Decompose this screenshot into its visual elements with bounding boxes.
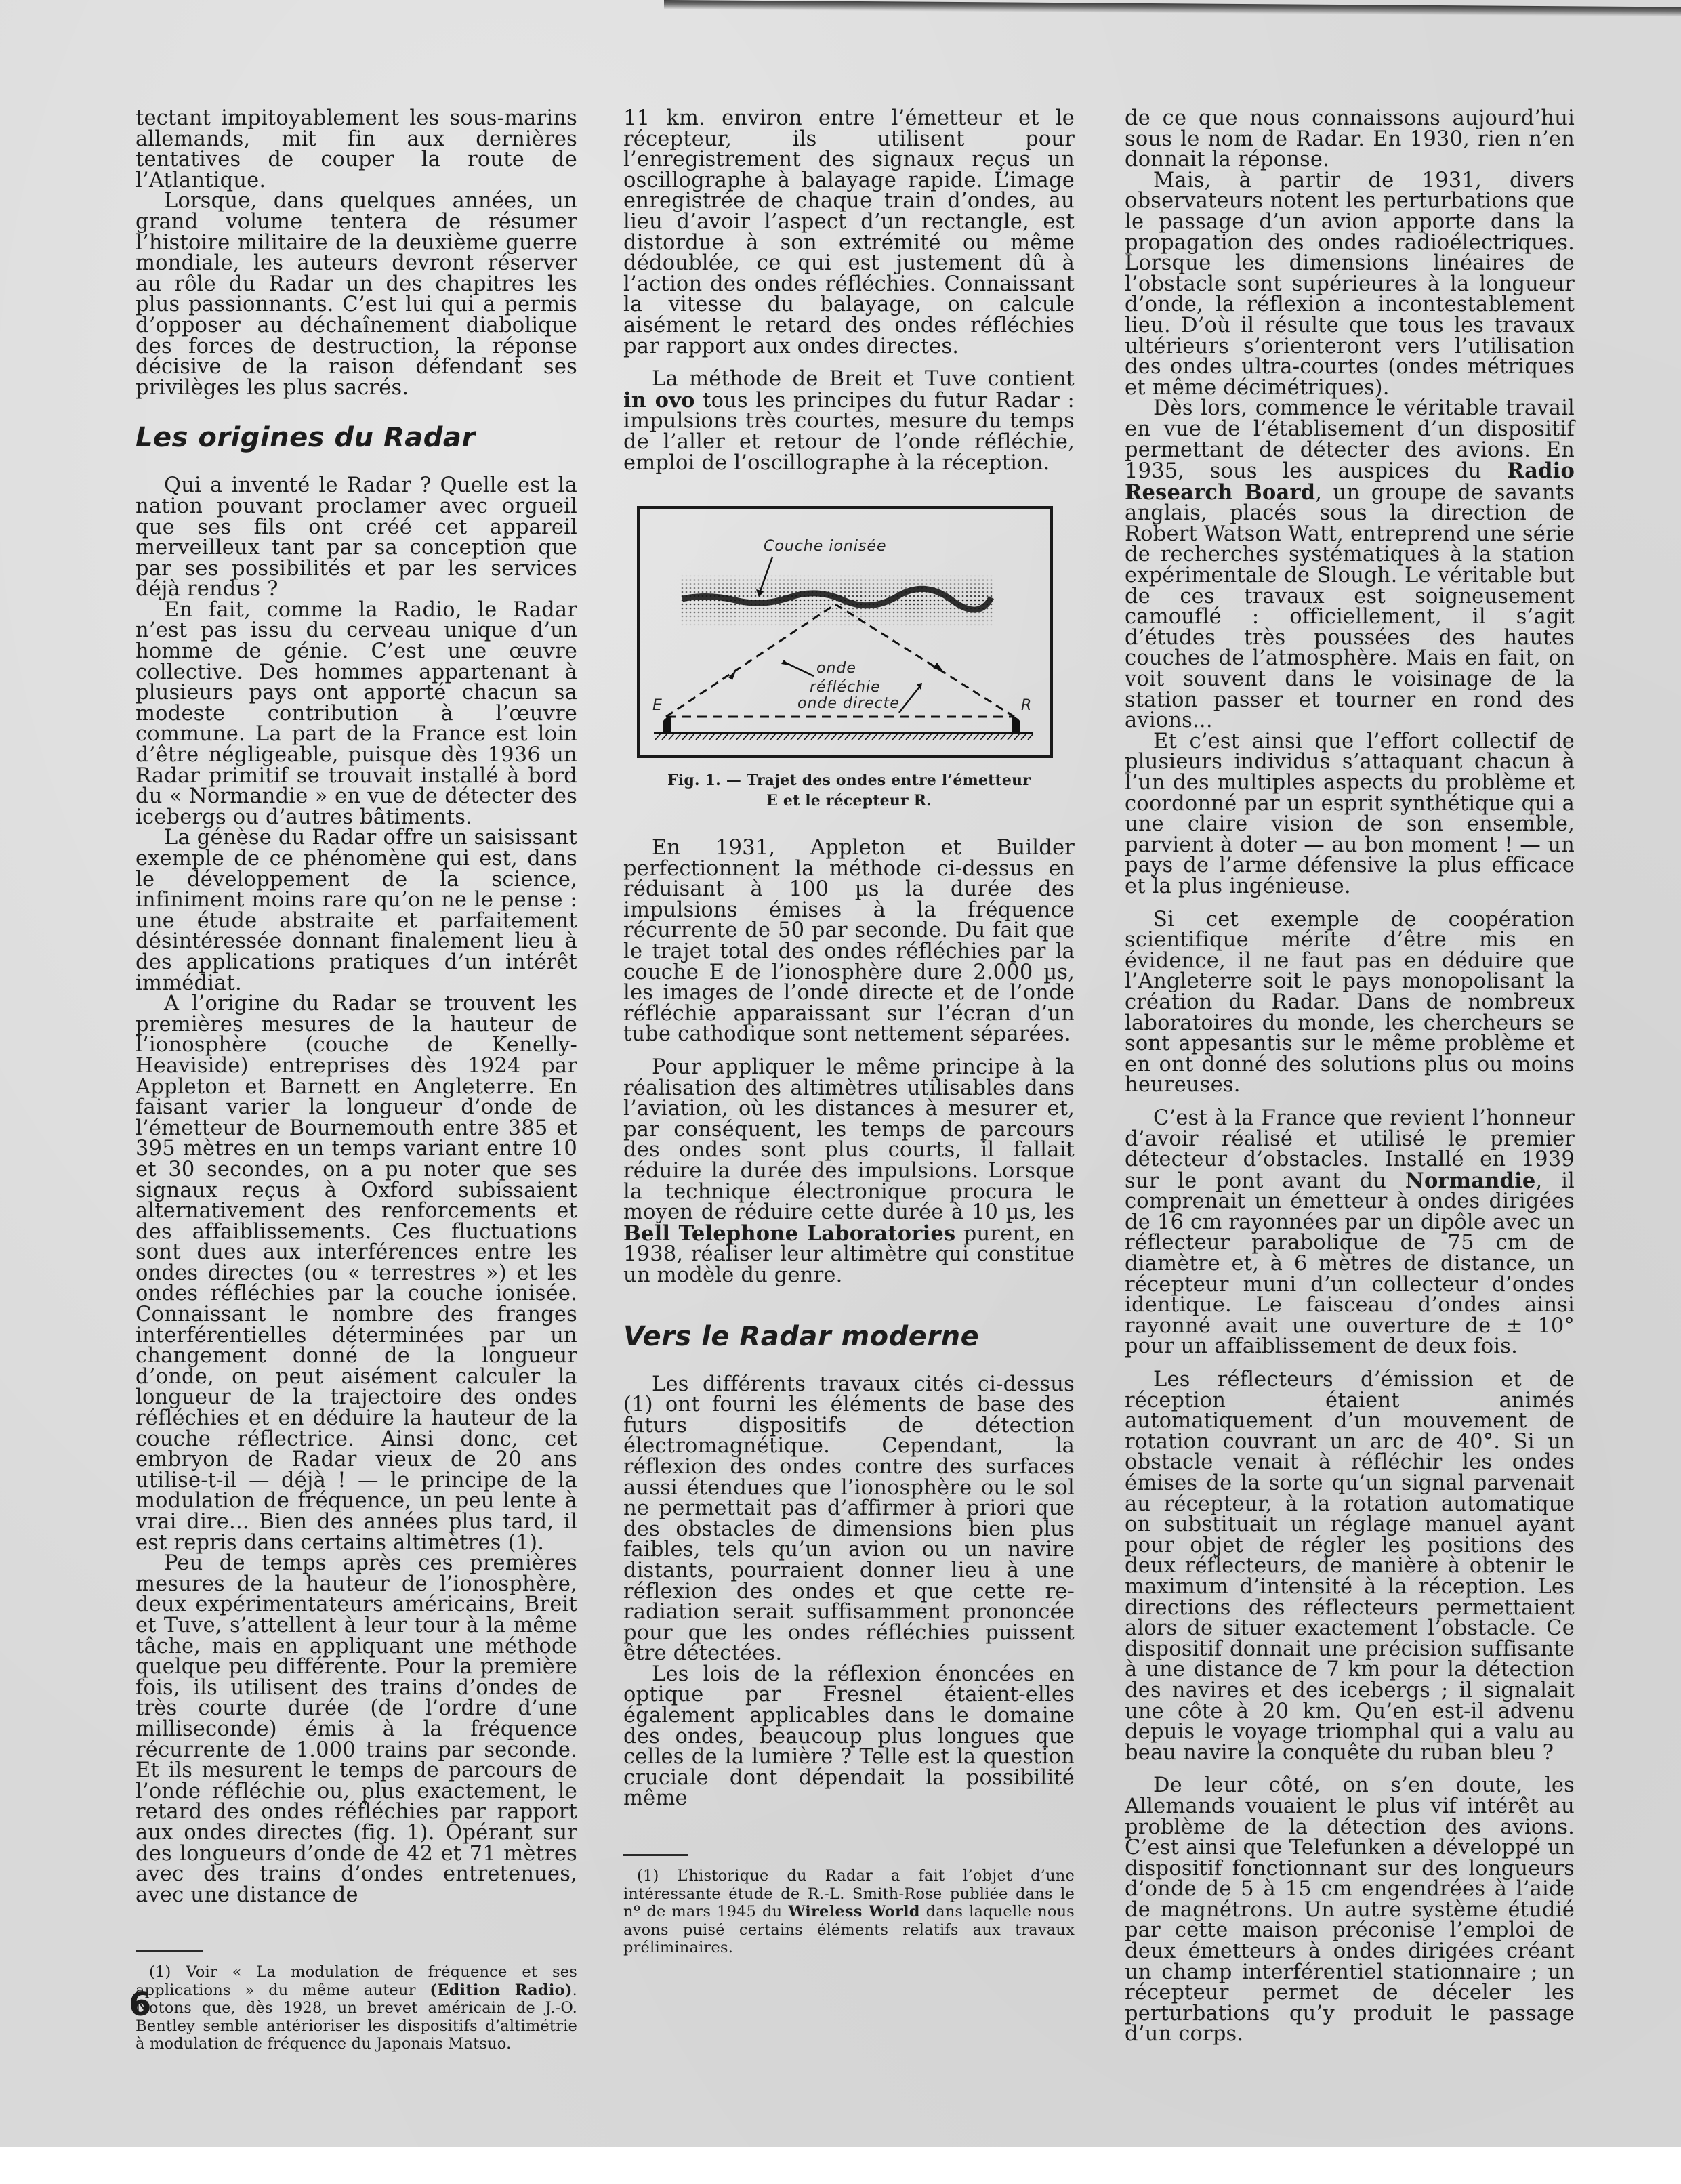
emitter-icon — [663, 717, 671, 733]
page-number: 6 — [129, 1988, 151, 2021]
label-emitter: E — [652, 696, 663, 717]
section-title: Vers le Radar moderne — [623, 1322, 1075, 1351]
left-column: tectant impitoyablement les sous-marins … — [136, 108, 577, 2053]
paragraph: Lorsque, dans quelques années, un grand … — [136, 191, 577, 398]
ionized-layer-icon — [681, 574, 993, 628]
paragraph: De leur côté, on s’en doute, les Alleman… — [1125, 1776, 1575, 2045]
footnote: (1) Voir « La modulation de fréquence et… — [136, 1963, 577, 2053]
paragraph: Et c’est ainsi que l’effort collectif de… — [1125, 732, 1575, 898]
label-ionized-layer: Couche ionisée — [764, 537, 887, 558]
text: La méthode de Breit et Tuve contient — [652, 367, 1075, 391]
footnote-bold: (Edition Radio) — [430, 1981, 572, 1999]
label-receiver: R — [1021, 696, 1032, 717]
figure-frame: Couche ionisée onde réfléchie onde direc… — [637, 506, 1053, 758]
text: Pour appliquer le même principe à la réa… — [623, 1055, 1075, 1224]
paragraph: Mais, à partir de 1931, divers observate… — [1125, 171, 1575, 399]
label-direct-wave: onde directe — [797, 694, 900, 715]
paragraph: En fait, comme la Radio, le Radar n’est … — [136, 600, 577, 828]
paragraph: Dès lors, commence le véritable travail … — [1125, 398, 1575, 732]
paragraph: A l’origine du Radar se trouvent les pre… — [136, 994, 577, 1553]
footnote-divider — [623, 1854, 688, 1856]
paragraph: tectant impitoyablement les sous-marins … — [136, 108, 577, 191]
footnote-divider — [136, 1950, 203, 1952]
paragraph: Les lois de la réflexion énoncées en opt… — [623, 1664, 1075, 1809]
footnote: (1) L’historique du Radar a fait l’objet… — [623, 1867, 1075, 1957]
paragraph: C’est à la France que revient l’honneur … — [1125, 1108, 1575, 1358]
footnote-bold: Wireless World — [788, 1903, 920, 1920]
figure-1: Couche ionisée onde réfléchie onde direc… — [623, 506, 1075, 811]
right-column: de ce que nous connaissons aujourd’hui s… — [1125, 108, 1575, 2045]
paragraph: 11 km. environ entre l’émetteur et le ré… — [623, 108, 1075, 357]
text: , il comprenait un émetteur à ondes diri… — [1125, 1169, 1575, 1359]
receiver-icon — [1012, 717, 1020, 733]
bold-text: Bell Telephone Laboratories — [623, 1221, 955, 1246]
paragraph: Pour appliquer le même principe à la réa… — [623, 1057, 1075, 1286]
text: , un groupe de savants anglais, placés s… — [1125, 481, 1575, 733]
caption-line: E et le récepteur R. — [623, 791, 1075, 811]
bold-text: in ovo — [623, 388, 695, 413]
paragraph: Peu de temps après ces premières mesures… — [136, 1553, 577, 1906]
scan-bottom-margin — [0, 2147, 1681, 2184]
paragraph: de ce que nous connaissons aujourd’hui s… — [1125, 108, 1575, 171]
page-top-edge-shadow — [664, 0, 1681, 16]
label-reflected-1: onde — [816, 658, 856, 679]
middle-column: 11 km. environ entre l’émetteur et le ré… — [623, 108, 1075, 1957]
paragraph: Les réflecteurs d’émission et de récepti… — [1125, 1370, 1575, 1763]
paragraph: Si cet exemple de coopération scientifiq… — [1125, 910, 1575, 1096]
bold-text: Normandie — [1405, 1169, 1536, 1193]
paragraph: La génèse du Radar offre un saisissant e… — [136, 828, 577, 994]
caption-line: Fig. 1. — Trajet des ondes entre l’émett… — [623, 770, 1075, 791]
paragraph: Les différents travaux cités ci-dessus (… — [623, 1374, 1075, 1664]
figure-caption: Fig. 1. — Trajet des ondes entre l’émett… — [623, 770, 1075, 811]
paragraph: En 1931, Appleton et Builder perfectionn… — [623, 838, 1075, 1045]
paragraph: La méthode de Breit et Tuve contient in … — [623, 369, 1075, 474]
section-title: Les origines du Radar — [136, 423, 577, 453]
paragraph: Qui a inventé le Radar ? Quelle est la n… — [136, 476, 577, 600]
scanned-page: tectant impitoyablement les sous-marins … — [0, 0, 1681, 2184]
